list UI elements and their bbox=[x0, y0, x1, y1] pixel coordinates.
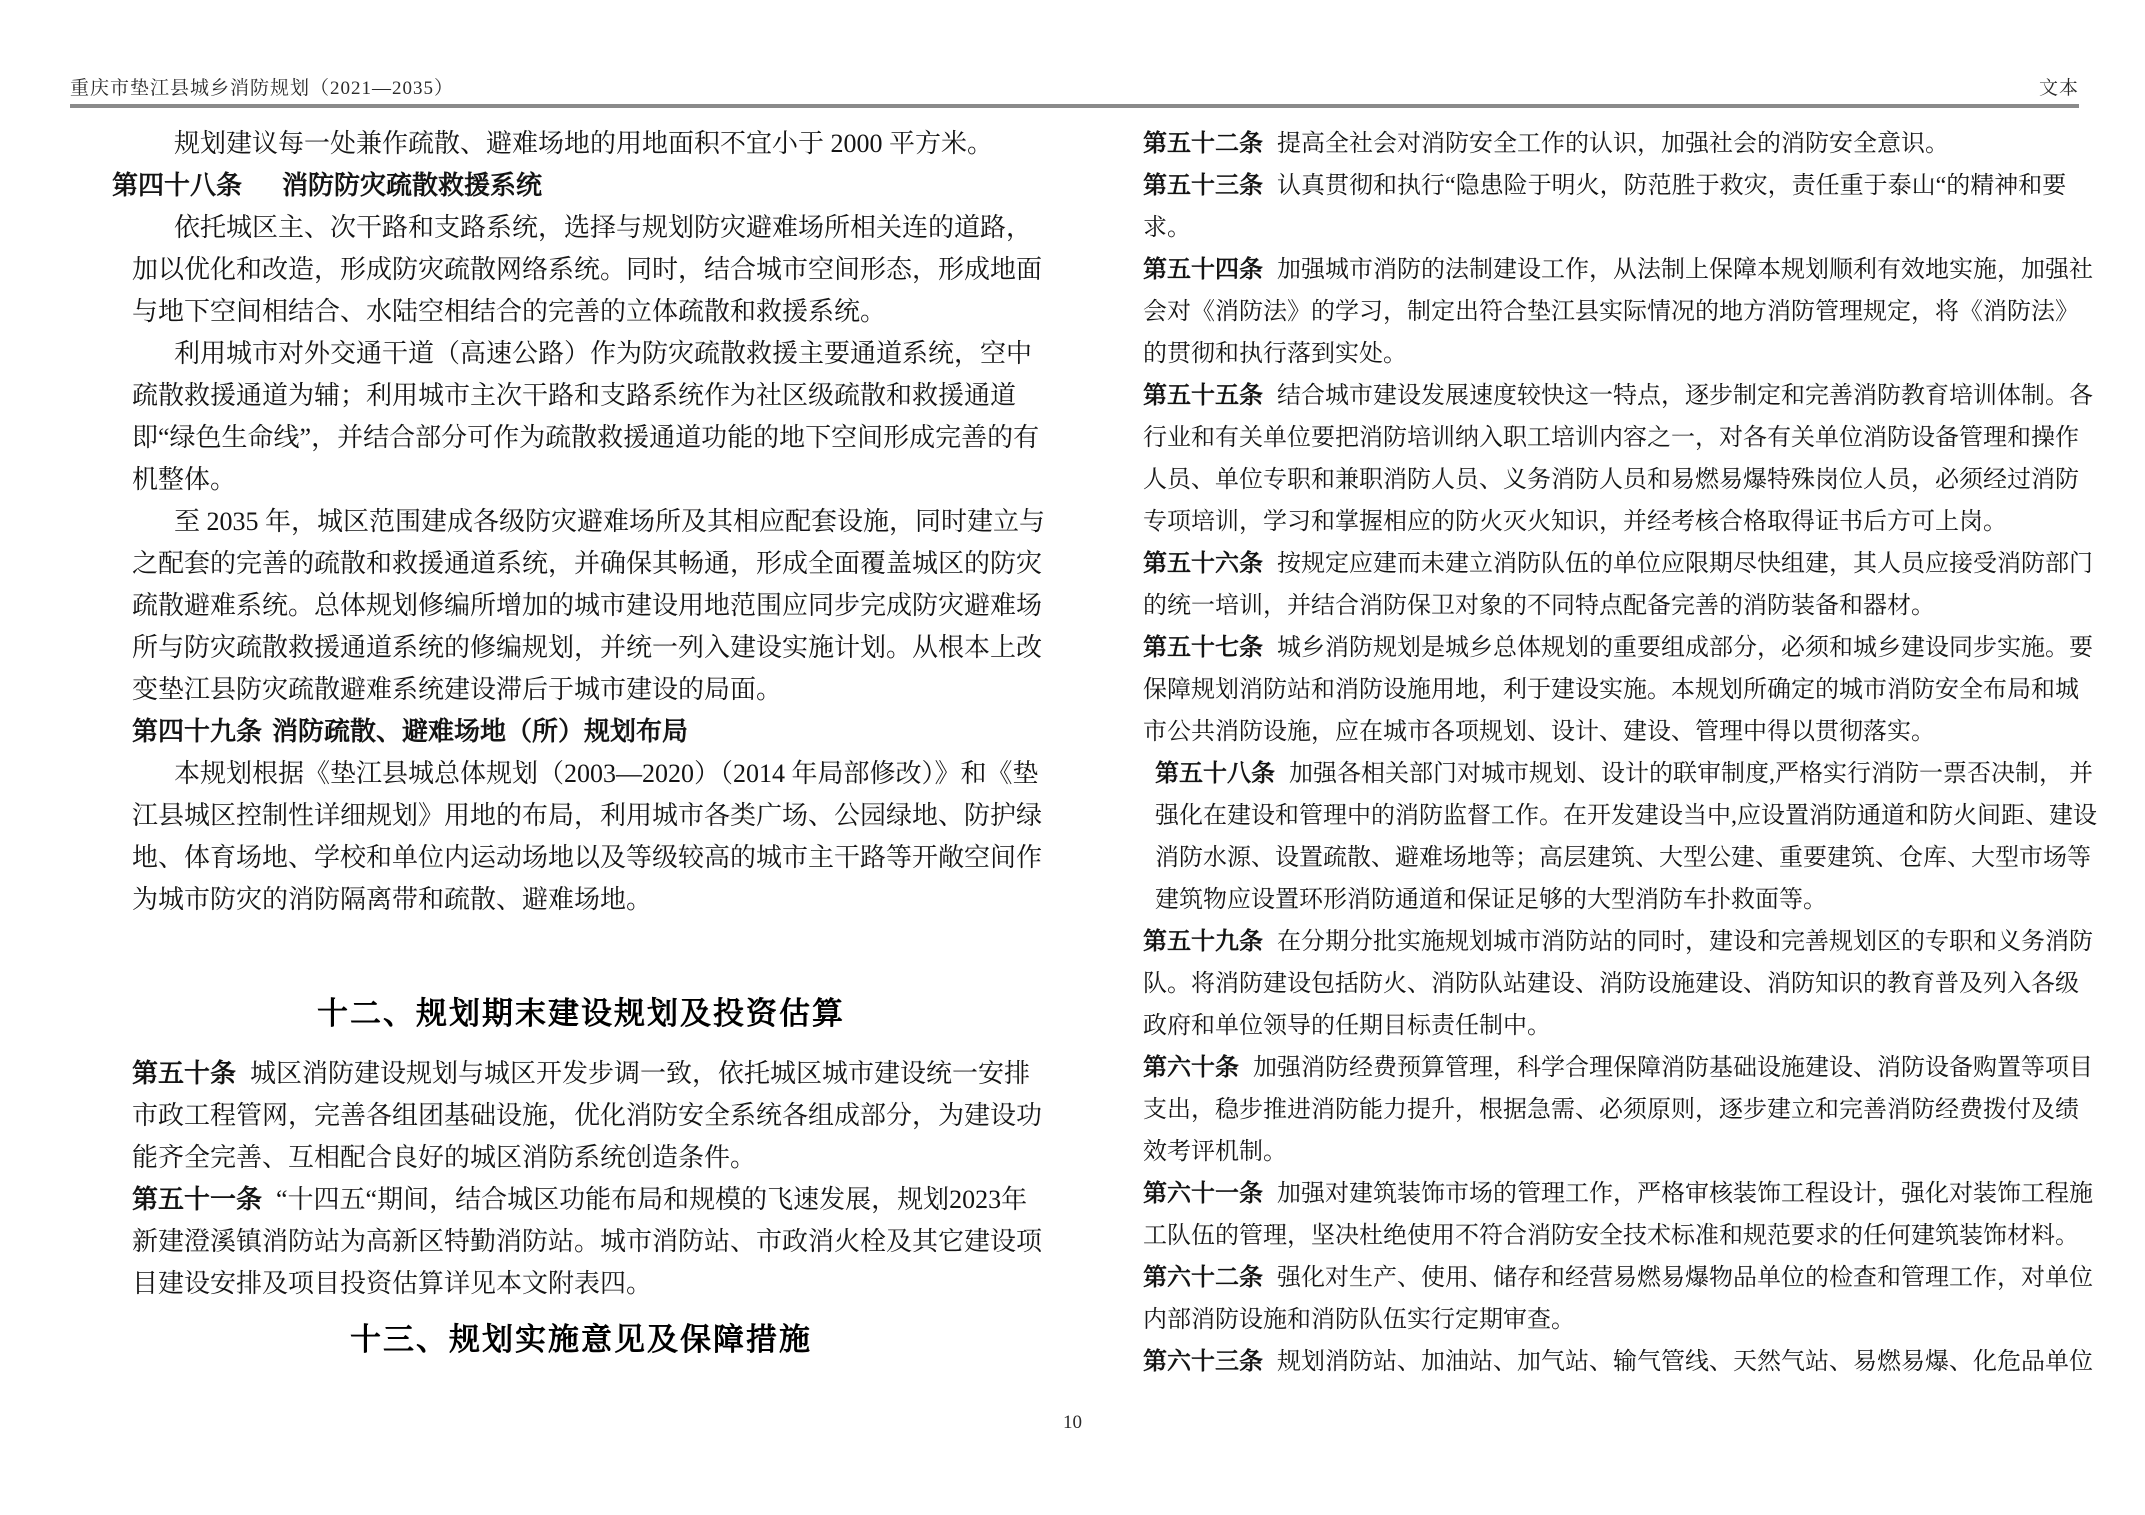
chapter-heading-13: 十三、规划实施意见及保障措施 bbox=[112, 1317, 1050, 1363]
page-number: 10 bbox=[0, 1412, 2145, 1434]
article-text: 加强消防经费预算管理，科学合理保障消防基础设施建设、消防设备购置等项目支出，稳步… bbox=[1143, 1055, 2093, 1165]
paragraph: 本规划根据《垫江县城总体规划（2003—2020）（2014 年局部修改）》和《… bbox=[132, 753, 1050, 921]
article-text: 在分期分批实施规划城市消防站的同时，建设和完善规划区的专职和义务消防队。将消防建… bbox=[1143, 929, 2093, 1039]
article-61: 第六十一条加强对建筑装饰市场的管理工作，严格审核装饰工程设计，强化对装饰工程施工… bbox=[1143, 1173, 2093, 1257]
article-number: 第五十五条 bbox=[1143, 383, 1263, 409]
article-60: 第六十条加强消防经费预算管理，科学合理保障消防基础设施建设、消防设备购置等项目支… bbox=[1143, 1047, 2093, 1173]
article-text: “十四五“期间，结合城区功能布局和规模的飞速发展，规划2023年新建澄溪镇消防站… bbox=[132, 1185, 1042, 1298]
article-number: 第五十二条 bbox=[1143, 131, 1263, 157]
article-number: 第六十条 bbox=[1143, 1055, 1239, 1081]
article-number: 第六十三条 bbox=[1143, 1349, 1263, 1375]
article-51: 第五十一条“十四五“期间，结合城区功能布局和规模的飞速发展，规划2023年新建澄… bbox=[132, 1179, 1050, 1305]
article-text: 结合城市建设发展速度较快这一特点，逐步制定和完善消防教育培训体制。各行业和有关单… bbox=[1143, 383, 2093, 535]
article-title: 消防防灾疏散救援系统 bbox=[282, 171, 542, 200]
article-63: 第六十三条规划消防站、加油站、加气站、输气管线、天然气站、易燃易爆、化危品单位 bbox=[1143, 1341, 2093, 1383]
paragraph: 依托城区主、次干路和支路系统，选择与规划防灾避难场所相关连的道路，加以优化和改造… bbox=[132, 207, 1050, 333]
page-header: 重庆市垫江县城乡消防规划（2021—2035） 文本 bbox=[70, 58, 2079, 108]
article-text: 城区消防建设规划与城区开发步调一致，依托城区城市建设统一安排市政工程管网，完善各… bbox=[132, 1059, 1042, 1172]
article-text: 强化对生产、使用、储存和经营易燃易爆物品单位的检查和管理工作，对单位内部消防设施… bbox=[1143, 1265, 2093, 1333]
article-57: 第五十七条城乡消防规划是城乡总体规划的重要组成部分，必须和城乡建设同步实施。要保… bbox=[1143, 627, 2093, 753]
paragraph: 至 2035 年，城区范围建成各级防灾避难场所及其相应配套设施，同时建立与之配套… bbox=[132, 501, 1050, 711]
article-62: 第六十二条强化对生产、使用、储存和经营易燃易爆物品单位的检查和管理工作，对单位内… bbox=[1143, 1257, 2093, 1341]
article-text: 规划消防站、加油站、加气站、输气管线、天然气站、易燃易爆、化危品单位 bbox=[1277, 1349, 2093, 1375]
article-55: 第五十五条结合城市建设发展速度较快这一特点，逐步制定和完善消防教育培训体制。各行… bbox=[1143, 375, 2093, 543]
article-text: 提高全社会对消防安全工作的认识，加强社会的消防安全意识。 bbox=[1277, 131, 1949, 157]
article-number: 第六十二条 bbox=[1143, 1265, 1263, 1291]
article-56: 第五十六条按规定应建而未建立消防队伍的单位应限期尽快组建，其人员应接受消防部门的… bbox=[1143, 543, 2093, 627]
article-text: 城乡消防规划是城乡总体规划的重要组成部分，必须和城乡建设同步实施。要保障规划消防… bbox=[1143, 635, 2093, 745]
article-number: 第五十四条 bbox=[1143, 257, 1263, 283]
article-number: 第四十八条 bbox=[112, 171, 242, 200]
article-50: 第五十条城区消防建设规划与城区开发步调一致，依托城区城市建设统一安排市政工程管网… bbox=[132, 1053, 1050, 1179]
article-heading-48: 第四十八条消防防灾疏散救援系统 bbox=[112, 165, 1050, 207]
article-number: 第五十九条 bbox=[1143, 929, 1263, 955]
article-number: 第四十九条 bbox=[132, 717, 262, 746]
article-text: 加强城市消防的法制建设工作，从法制上保障本规划顺利有效地实施，加强社会对《消防法… bbox=[1143, 257, 2093, 367]
article-number: 第五十七条 bbox=[1143, 635, 1263, 661]
article-text: 认真贯彻和执行“隐患险于明火，防范胜于救灾，责任重于泰山“的精神和要求。 bbox=[1143, 173, 2066, 241]
header-doc-type: 文本 bbox=[2039, 73, 2079, 100]
paragraph: 规划建议每一处兼作疏散、避难场地的用地面积不宜小于 2000 平方米。 bbox=[132, 123, 1050, 165]
document-page: 重庆市垫江县城乡消防规划（2021—2035） 文本 规划建议每一处兼作疏散、避… bbox=[0, 0, 2145, 1515]
article-title: 消防疏散、避难场地（所）规划布局 bbox=[272, 717, 688, 746]
article-53: 第五十三条认真贯彻和执行“隐患险于明火，防范胜于救灾，责任重于泰山“的精神和要求… bbox=[1143, 165, 2093, 249]
article-number: 第五十一条 bbox=[132, 1185, 262, 1214]
article-heading-49: 第四十九条消防疏散、避难场地（所）规划布局 bbox=[132, 711, 1050, 753]
article-text: 加强对建筑装饰市场的管理工作，严格审核装饰工程设计，强化对装饰工程施工队伍的管理… bbox=[1143, 1181, 2093, 1249]
right-column: 第五十二条提高全社会对消防安全工作的认识，加强社会的消防安全意识。 第五十三条认… bbox=[1143, 123, 2093, 1383]
article-number: 第五十八条 bbox=[1155, 761, 1275, 787]
chapter-heading-12: 十二、规划期末建设规划及投资估算 bbox=[112, 991, 1050, 1037]
article-number: 第五十六条 bbox=[1143, 551, 1263, 577]
article-text: 加强各相关部门对城市规划、设计的联审制度,严格实行消防一票否决制， 并强化在建设… bbox=[1155, 761, 2097, 913]
header-title: 重庆市垫江县城乡消防规划（2021—2035） bbox=[70, 73, 454, 100]
article-number: 第五十条 bbox=[132, 1059, 236, 1088]
article-54: 第五十四条加强城市消防的法制建设工作，从法制上保障本规划顺利有效地实施，加强社会… bbox=[1143, 249, 2093, 375]
article-52: 第五十二条提高全社会对消防安全工作的认识，加强社会的消防安全意识。 bbox=[1143, 123, 2093, 165]
article-text: 按规定应建而未建立消防队伍的单位应限期尽快组建，其人员应接受消防部门的统一培训，… bbox=[1143, 551, 2093, 619]
left-column: 规划建议每一处兼作疏散、避难场地的用地面积不宜小于 2000 平方米。 第四十八… bbox=[112, 123, 1050, 1363]
article-59: 第五十九条在分期分批实施规划城市消防站的同时，建设和完善规划区的专职和义务消防队… bbox=[1143, 921, 2093, 1047]
article-number: 第六十一条 bbox=[1143, 1181, 1263, 1207]
article-number: 第五十三条 bbox=[1143, 173, 1263, 199]
article-58: 第五十八条加强各相关部门对城市规划、设计的联审制度,严格实行消防一票否决制， 并… bbox=[1143, 753, 2105, 921]
paragraph: 利用城市对外交通干道（高速公路）作为防灾疏散救援主要通道系统，空中疏散救援通道为… bbox=[132, 333, 1050, 501]
